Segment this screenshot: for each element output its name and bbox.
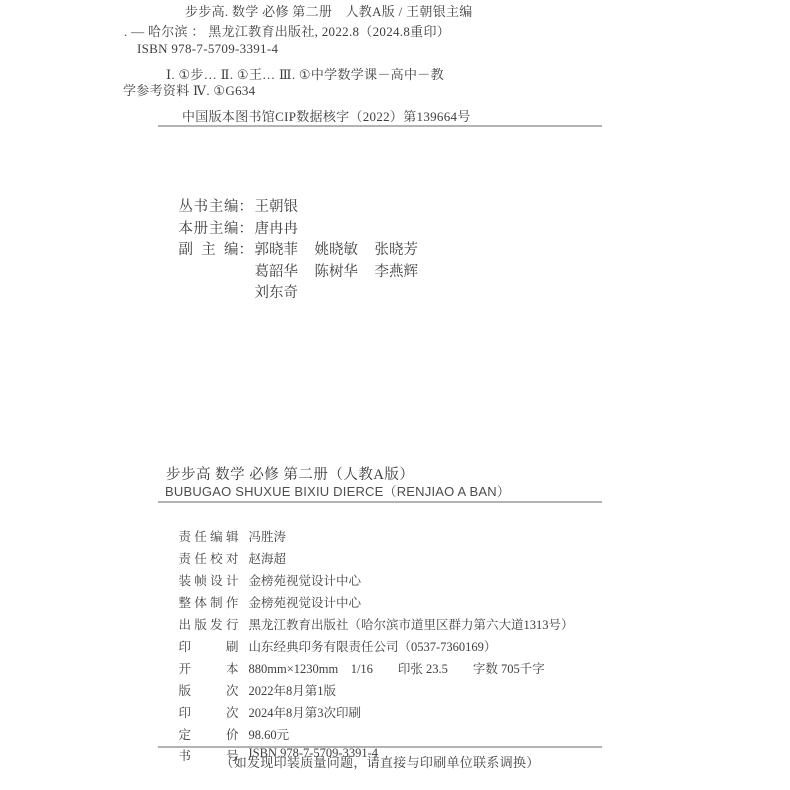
cip-publisher-line: . — 哈尔滨 ： 黑龙江教育出版社, 2022.8（2024.8重印） [124, 25, 450, 40]
cip-class-line-1: Ⅰ. ①步… Ⅱ. ①王… Ⅲ. ①中学数学课－高中－教 [166, 68, 444, 83]
editor-name: 刘东奇 [255, 281, 315, 302]
book-title: 步步高 数学 必修 第二册（人教A版） [166, 467, 414, 484]
editor-name: 李燕辉 [375, 260, 435, 281]
book-copyright-page: 步步高. 数学 必修 第二册 人教A版 / 王朝银主编 . — 哈尔滨 ： 黑龙… [0, 0, 790, 790]
book-title-pinyin: BUBUGAO SHUXUE BIXIU DIERCE（RENJIAO A BA… [165, 485, 510, 500]
quality-notice: （如发现印装质量问题，请直接与印刷单位联系调换） [158, 752, 602, 771]
editor-name: 陈树华 [315, 260, 375, 281]
divider-top [158, 125, 602, 127]
cip-record-number: 中国版本图书馆CIP数据核字（2022）第139664号 [182, 110, 471, 125]
cip-title-line: 步步高. 数学 必修 第二册 人教A版 / 王朝银主编 [185, 5, 473, 20]
divider-middle [158, 501, 602, 503]
cip-class-line-2: 学参考资料 Ⅳ. ①G634 [123, 84, 255, 99]
divider-bottom [158, 746, 602, 748]
editor-row-deputy-cont-2: 刘东奇 [164, 264, 315, 319]
cip-isbn-line: ISBN 978-7-5709-3391-4 [137, 42, 278, 57]
